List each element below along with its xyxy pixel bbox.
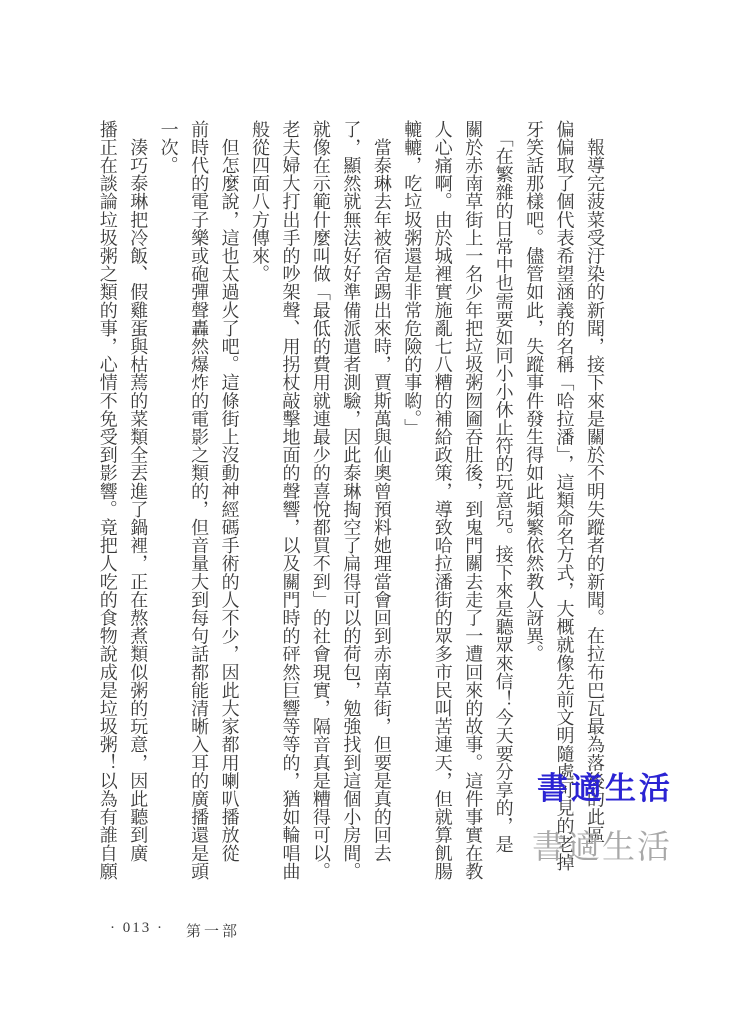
text-column: 關於赤南草街上一名少年把垃圾粥囫圇吞肚後，到鬼門關去走了一遭回來的故事。這件事實… — [458, 120, 488, 882]
text-column: 轆轆，吃垃圾粥還是非常危險的事喲。」 — [397, 120, 427, 882]
text-column: 但怎麼說，這也太過火了吧。這條街上沒動神經碼手術的人不少，因此大家都用喇叭播放從 — [214, 120, 244, 882]
text-column: 前時代的電子樂或砲彈聲轟然爆炸的電影之類的，但音量大到每句話都能清晰入耳的廣播還… — [184, 120, 214, 882]
text-column: 就像在示範什麼叫做「最低的費用就連最少的喜悅都買不到」的社會現實，隔音真是糟得可… — [305, 120, 335, 882]
part-label: 第一部 — [186, 920, 240, 941]
text-column: 一次。 — [153, 120, 183, 882]
text-column: 老夫婦大打出手的吵架聲、用拐杖敲擊地面的聲響，以及關門時的砰然巨響等等的，猶如輪… — [275, 120, 305, 882]
text-column: 湊巧泰琳把冷飯、假雞蛋與枯蔫的菜類全丟進了鍋裡，正在熬煮類似粥的玩意，因此聽到廣 — [123, 120, 153, 882]
text-column: 偏偏取了個代表希望涵義的名稱「哈拉潘」，這類命名方式，大概就像先前文明隨處可見的… — [549, 120, 579, 882]
page-number: · 013 · — [110, 920, 164, 937]
text-column: 播正在談論垃圾粥之類的事，心情不免受到影響。竟把人吃的食物說成是垃圾粥！以為有誰… — [92, 120, 122, 882]
page-footer: · 013 · 第一部 — [0, 920, 737, 944]
book-page: 報導完菠菜受汙染的新聞，接下來是關於不明失蹤者的新聞。在拉布巴瓦最為落後的此區 … — [0, 0, 737, 1021]
text-column: 牙笑話那樣吧。儘管如此，失蹤事件發生得如此頻繁依然教人訝異。 — [519, 120, 549, 882]
text-column: 人心痛啊。由於城裡實施亂七八糟的補給政策，導致哈拉潘街的眾多市民叫苦連天，但就算… — [427, 120, 457, 882]
text-column: 了，顯然就無法好好準備派遣者測驗，因此泰琳掏空了扁得可以的荷包，勉強找到這個小房… — [336, 120, 366, 882]
text-column: 當泰琳去年被宿舍踢出來時，賈斯萬與仙奧曾預料她理當會回到赤南草街，但要是真的回去 — [366, 120, 396, 882]
text-column: 般從四面八方傳來。 — [245, 120, 275, 882]
text-column: 報導完菠菜受汙染的新聞，接下來是關於不明失蹤者的新聞。在拉布巴瓦最為落後的此區 — [580, 120, 610, 882]
vertical-text-block: 報導完菠菜受汙染的新聞，接下來是關於不明失蹤者的新聞。在拉布巴瓦最為落後的此區 … — [92, 120, 610, 882]
text-column: 「在繁雜的日常中也需要如同小小休止符的玩意兒。接下來是聽眾來信！今天要分享的，是 — [488, 120, 518, 882]
